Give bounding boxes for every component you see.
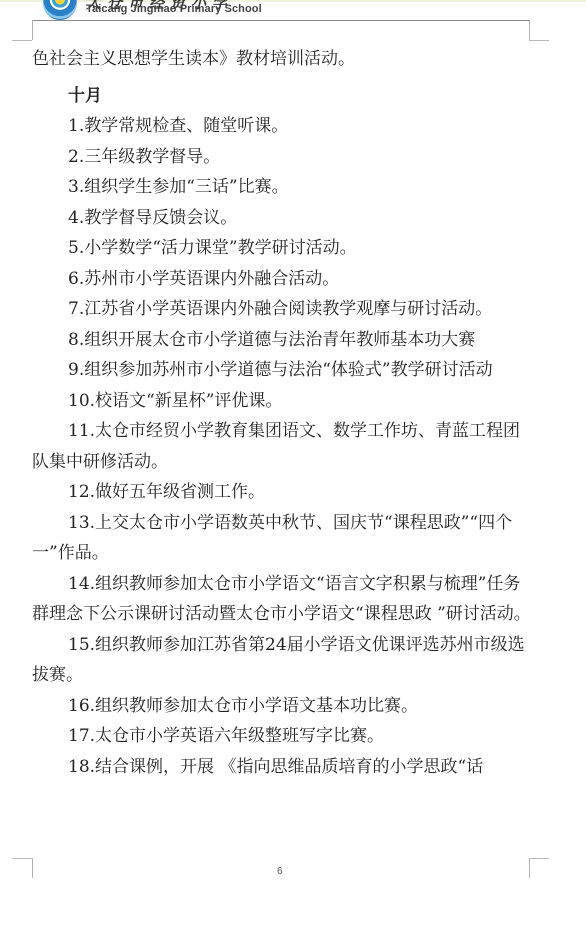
corner-mark-top-right-v bbox=[529, 20, 530, 40]
list-item: 12.做好五年级省测工作。 bbox=[32, 477, 537, 508]
list-item: 13.上交太仓市小学语数英中秋节、国庆节“课程思政”“四个一”作品。 bbox=[32, 508, 537, 569]
list-item: 5.小学数学“活力课堂”教学研讨活动。 bbox=[32, 233, 537, 264]
corner-mark-bottom-right-h bbox=[529, 858, 549, 859]
list-item: 7.江苏省小学英语课内外融合阅读教学观摩与研讨活动。 bbox=[32, 294, 537, 325]
corner-mark-top-right-h bbox=[529, 40, 549, 41]
corner-mark-top-left-h bbox=[12, 40, 32, 41]
continuation-paragraph: 色社会主义思想学生读本》教材培训活动。 bbox=[32, 44, 537, 75]
list-item: 18.结合课例，开展 《指向思维品质培育的小学思政“话 bbox=[32, 752, 537, 783]
list-item: 1.教学常规检查、随堂听课。 bbox=[32, 111, 537, 142]
list-item: 3.组织学生参加“三话”比赛。 bbox=[32, 172, 537, 203]
page-number: 6 bbox=[277, 866, 283, 877]
header-rule bbox=[32, 20, 530, 21]
list-item: 10.校语文“新星杯”评优课。 bbox=[32, 386, 537, 417]
list-item: 8.组织开展太仓市小学道德与法治青年教师基本功大赛 bbox=[32, 325, 537, 356]
month-heading: 十月 bbox=[32, 81, 537, 112]
list-item: 16.组织教师参加太仓市小学语文基本功比赛。 bbox=[32, 691, 537, 722]
corner-mark-bottom-left-h bbox=[12, 858, 32, 859]
document-body: 色社会主义思想学生读本》教材培训活动。 十月 1.教学常规检查、随堂听课。 2.… bbox=[32, 44, 537, 782]
list-item: 15.组织教师参加江苏省第24届小学语文优课评选苏州市级选拔赛。 bbox=[32, 630, 537, 691]
list-item: 4.教学督导反馈会议。 bbox=[32, 203, 537, 234]
corner-mark-bottom-left-v bbox=[32, 858, 33, 878]
corner-mark-top-left-v bbox=[32, 20, 33, 40]
school-logo-icon bbox=[43, 0, 77, 20]
list-item: 17.太仓市小学英语六年级整班写字比赛。 bbox=[32, 721, 537, 752]
corner-mark-bottom-right-v bbox=[529, 858, 530, 878]
school-name-en: Taicang Jingmao Primary School bbox=[86, 3, 262, 15]
list-item: 11.太仓市经贸小学教育集团语文、数学工作坊、青蓝工程团队集中研修活动。 bbox=[32, 416, 537, 477]
list-item: 2.三年级教学督导。 bbox=[32, 142, 537, 173]
list-item: 14.组织教师参加太仓市小学语文“语言文字积累与梳理”任务群理念下公示课研讨活动… bbox=[32, 569, 537, 630]
list-item: 9.组织参加苏州市小学道德与法治“体验式”教学研讨活动 bbox=[32, 355, 537, 386]
list-item: 6.苏州市小学英语课内外融合活动。 bbox=[32, 264, 537, 295]
